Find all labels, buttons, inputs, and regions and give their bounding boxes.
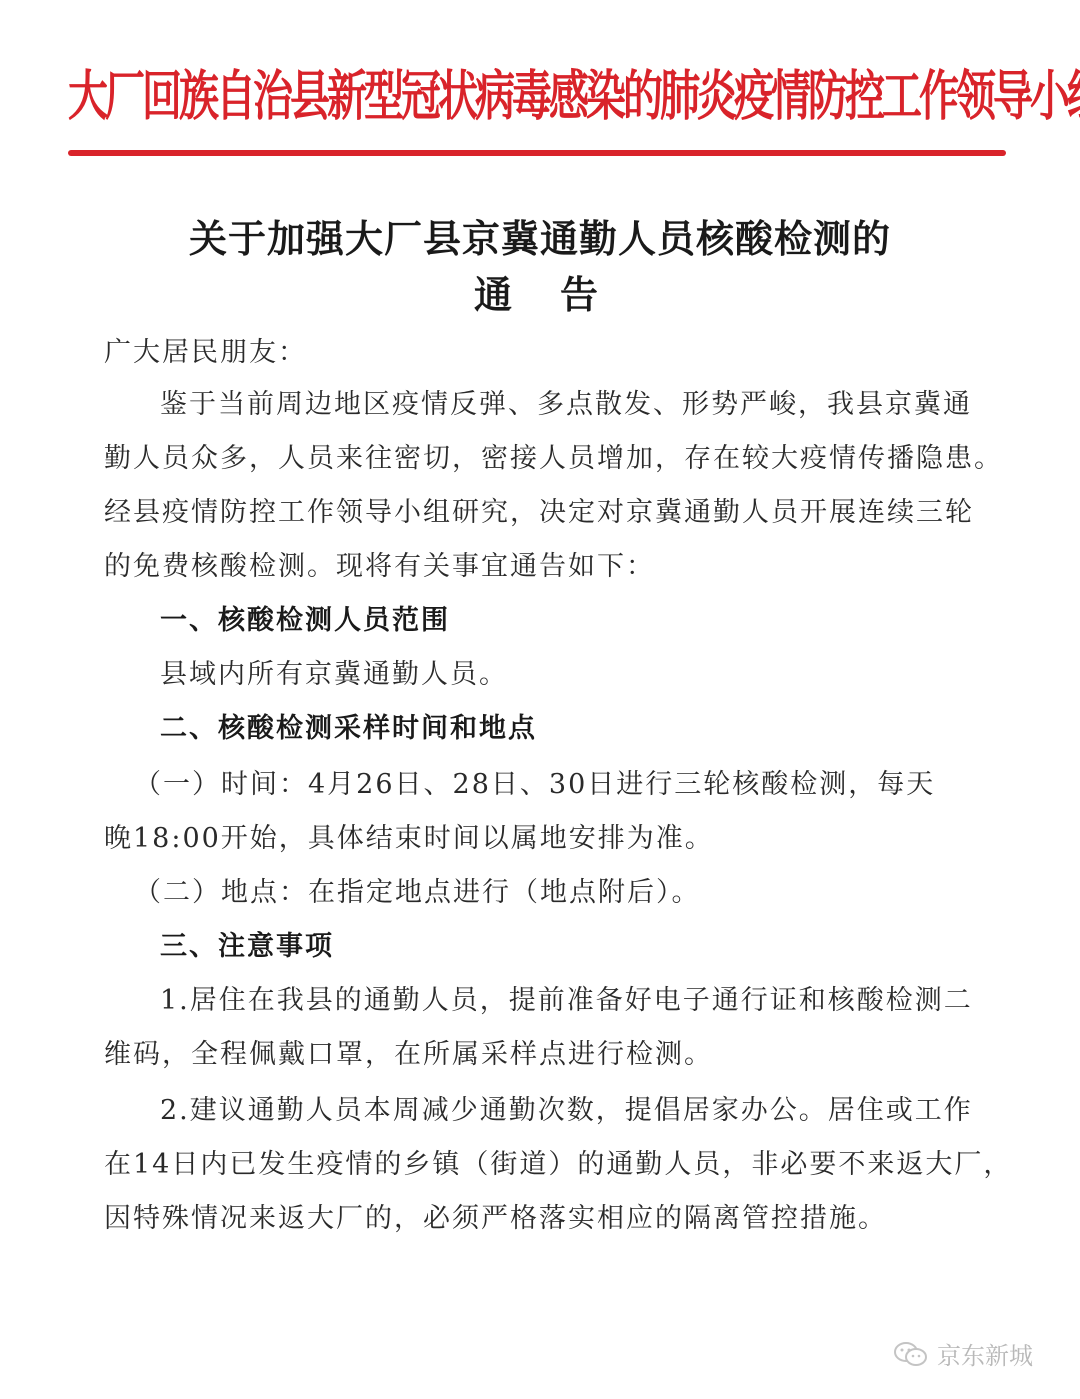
source-watermark: 京东新城 [893,1336,1033,1371]
section-3-line: 2.建议通勤人员本周减少通勤次数，提倡居家办公。居住或工作 [160,1088,973,1127]
wechat-icon [893,1341,929,1367]
section-heading-3: 三、注意事项 [160,924,334,963]
issuing-office-header: 大厂回族自治县新型冠状病毒感染的肺炎疫情防控工作领导小组办公室 [68,62,1012,132]
intro-line: 经县疫情防控工作领导小组研究，决定对京冀通勤人员开展连续三轮 [104,490,974,529]
section-3-line: 因特殊情况来返大厂的，必须严格落实相应的隔离管控措施。 [104,1196,887,1235]
notice-title: 关于加强大厂县京冀通勤人员核酸检测的 [0,208,1080,263]
section-heading-1: 一、核酸检测人员范围 [160,598,450,637]
intro-line: 的免费核酸检测。现将有关事宜通告如下： [104,544,655,583]
section-3-line: 在14日内已发生疫情的乡镇（街道）的通勤人员，非必要不来返大厂， [104,1142,1012,1181]
intro-line: 勤人员众多，人员来往密切，密接人员增加，存在较大疫情传播隐患。 [104,436,1003,475]
red-divider [68,150,1006,156]
section-heading-2: 二、核酸检测采样时间和地点 [160,706,537,745]
section-1-line: 县域内所有京冀通勤人员。 [160,652,508,691]
section-2-line: 晚18:00开始，具体结束时间以属地安排为准。 [104,816,714,855]
section-2-line: （一）时间：4月26日、28日、30日进行三轮核酸检测，每天 [134,762,935,801]
watermark-text: 京东新城 [937,1336,1033,1371]
salutation: 广大居民朋友： [104,330,307,369]
section-3-line: 维码，全程佩戴口罩，在所属采样点进行检测。 [104,1032,713,1071]
intro-line: 鉴于当前周边地区疫情反弹、多点散发、形势严峻，我县京冀通 [160,382,972,421]
section-3-line: 1.居住在我县的通勤人员，提前准备好电子通行证和核酸检测二 [160,978,973,1017]
notice-title-sub: 通告 [0,264,1080,319]
section-2-line: （二）地点：在指定地点进行（地点附后）。 [134,870,701,909]
